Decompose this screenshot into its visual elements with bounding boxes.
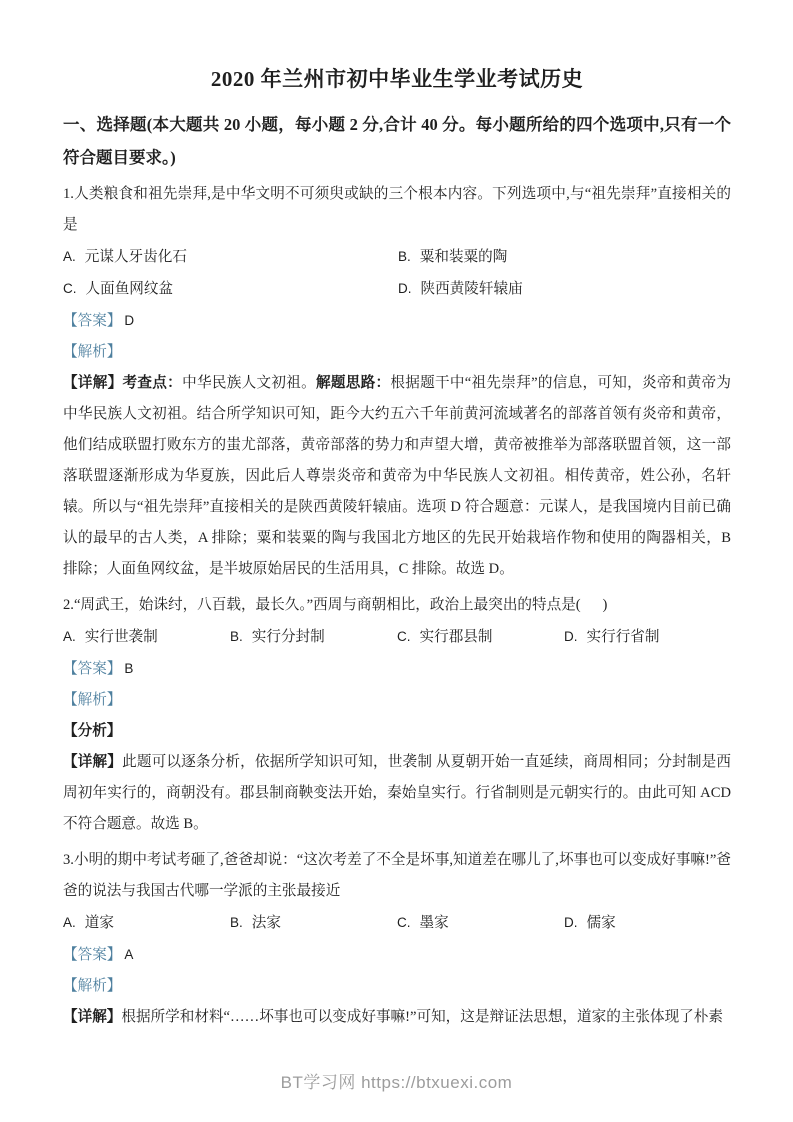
option-text: 陕西黄陵轩辕庙	[421, 281, 523, 297]
option-text: 道家	[85, 915, 114, 931]
xiangjie-label: 【详解】	[63, 375, 123, 391]
document-content: 2020 年兰州市初中毕业生学业考试历史 一、选择题(本大题共 20 小题，每小…	[0, 0, 793, 1033]
question-3-option-a: A.道家	[63, 907, 230, 939]
option-text: 实行郡县制	[420, 629, 493, 645]
option-text: 墨家	[420, 915, 449, 931]
option-label: A.	[63, 629, 76, 644]
answer-label: 【答案】	[63, 313, 121, 329]
option-text: 人面鱼网纹盆	[86, 281, 174, 297]
fenxi-label: 【分析】	[63, 723, 121, 739]
question-3-options: A.道家 B.法家 C.墨家 D.儒家	[63, 907, 731, 939]
question-2-option-a: A.实行世袭制	[63, 621, 230, 653]
question-2-options: A.实行世袭制 B.实行分封制 C.实行郡县制 D.实行行省制	[63, 621, 731, 653]
section-header: 一、选择题(本大题共 20 小题，每小题 2 分,合计 40 分。每小题所给的四…	[63, 108, 731, 174]
option-label: A.	[63, 249, 76, 264]
xiangjie-label: 【详解】	[63, 754, 122, 770]
option-label: B.	[230, 629, 243, 644]
question-1-option-a: A.元谋人牙齿化石	[63, 241, 398, 273]
question-3-answer-row: 【答案】A	[63, 939, 731, 971]
option-label: A.	[63, 915, 76, 930]
detail-text: 此题可以逐条分析，依据所学知识可知，世袭制 从夏朝开始一直延续，商周相同；分封制…	[63, 754, 731, 832]
question-3: 3.小明的期中考试考砸了,爸爸却说：“这次考差了不全是坏事,知道差在哪儿了,坏事…	[63, 845, 731, 1033]
question-3-option-c: C.墨家	[397, 907, 564, 939]
option-label: C.	[63, 281, 77, 296]
answer-value: D	[124, 313, 134, 328]
question-1-answer-row: 【答案】D	[63, 305, 731, 337]
question-1-option-d: D.陕西黄陵轩辕庙	[398, 273, 731, 305]
option-text: 儒家	[587, 915, 616, 931]
question-1-stem: 1.人类粮食和祖先崇拜,是中华文明不可须臾或缺的三个根本内容。下列选项中,与“祖…	[63, 179, 731, 241]
document-page: 2020 年兰州市初中毕业生学业考试历史 一、选择题(本大题共 20 小题，每小…	[0, 0, 793, 1122]
question-2-detail: 【详解】此题可以逐条分析，依据所学知识可知，世袭制 从夏朝开始一直延续，商周相同…	[63, 747, 731, 840]
detail-approach-label: 解题思路：	[316, 375, 390, 391]
question-2: 2.“周武王，始诛纣，八百载，最长久。”西周与商朝相比，政治上最突出的特点是( …	[63, 590, 731, 840]
question-2-option-d: D.实行行省制	[564, 621, 731, 653]
question-1-jiexi-row: 【解析】	[63, 337, 731, 368]
question-2-fenxi-row: 【分析】	[63, 716, 731, 747]
question-2-option-b: B.实行分封制	[230, 621, 397, 653]
question-1-detail: 【详解】考查点：中华民族人文初祖。解题思路：根据题干中“祖先崇拜”的信息，可知，…	[63, 368, 731, 585]
option-text: 法家	[252, 915, 281, 931]
option-label: B.	[398, 249, 411, 264]
detail-keypoint-label: 考查点：	[123, 375, 183, 391]
option-text: 实行分封制	[252, 629, 325, 645]
question-3-stem: 3.小明的期中考试考砸了,爸爸却说：“这次考差了不全是坏事,知道差在哪儿了,坏事…	[63, 845, 731, 907]
jiexi-label: 【解析】	[63, 978, 121, 994]
jiexi-label: 【解析】	[63, 344, 121, 360]
option-label: D.	[564, 915, 578, 930]
question-1: 1.人类粮食和祖先崇拜,是中华文明不可须臾或缺的三个根本内容。下列选项中,与“祖…	[63, 179, 731, 585]
question-1-option-b: B.粟和装粟的陶	[398, 241, 731, 273]
page-title: 2020 年兰州市初中毕业生学业考试历史	[63, 64, 731, 95]
option-text: 元谋人牙齿化石	[85, 249, 187, 265]
option-text: 实行世袭制	[85, 629, 158, 645]
option-label: B.	[230, 915, 243, 930]
option-label: C.	[397, 915, 411, 930]
question-3-jiexi-row: 【解析】	[63, 971, 731, 1002]
footer-watermark: BT学习网 https://btxuexi.com	[0, 1068, 793, 1093]
question-2-answer-row: 【答案】B	[63, 653, 731, 685]
question-2-jiexi-row: 【解析】	[63, 685, 731, 716]
detail-text: 根据所学和材料“……坏事也可以变成好事嘛!”可知，这是辩证法思想，道家的主张体现…	[121, 1009, 723, 1025]
option-label: C.	[397, 629, 411, 644]
question-3-option-d: D.儒家	[564, 907, 731, 939]
answer-label: 【答案】	[63, 947, 121, 963]
question-2-option-c: C.实行郡县制	[397, 621, 564, 653]
xiangjie-label: 【详解】	[63, 1009, 121, 1025]
jiexi-label: 【解析】	[63, 692, 121, 708]
question-1-options: A.元谋人牙齿化石 B.粟和装粟的陶 C.人面鱼网纹盆 D.陕西黄陵轩辕庙	[63, 241, 731, 305]
option-text: 实行行省制	[587, 629, 660, 645]
option-label: D.	[564, 629, 578, 644]
detail-keypoint-text: 中华民族人文初祖。	[182, 375, 316, 391]
option-label: D.	[398, 281, 412, 296]
answer-value: A	[124, 947, 133, 962]
detail-approach-text: 根据题干中“祖先崇拜”的信息，可知，炎帝和黄帝为中华民族人文初祖。结合所学知识可…	[63, 375, 731, 577]
question-3-detail: 【详解】根据所学和材料“……坏事也可以变成好事嘛!”可知，这是辩证法思想，道家的…	[63, 1002, 731, 1033]
question-1-option-c: C.人面鱼网纹盆	[63, 273, 398, 305]
answer-value: B	[124, 661, 133, 676]
question-2-stem: 2.“周武王，始诛纣，八百载，最长久。”西周与商朝相比，政治上最突出的特点是( …	[63, 590, 731, 621]
answer-label: 【答案】	[63, 661, 121, 677]
option-text: 粟和装粟的陶	[420, 249, 508, 265]
question-3-option-b: B.法家	[230, 907, 397, 939]
